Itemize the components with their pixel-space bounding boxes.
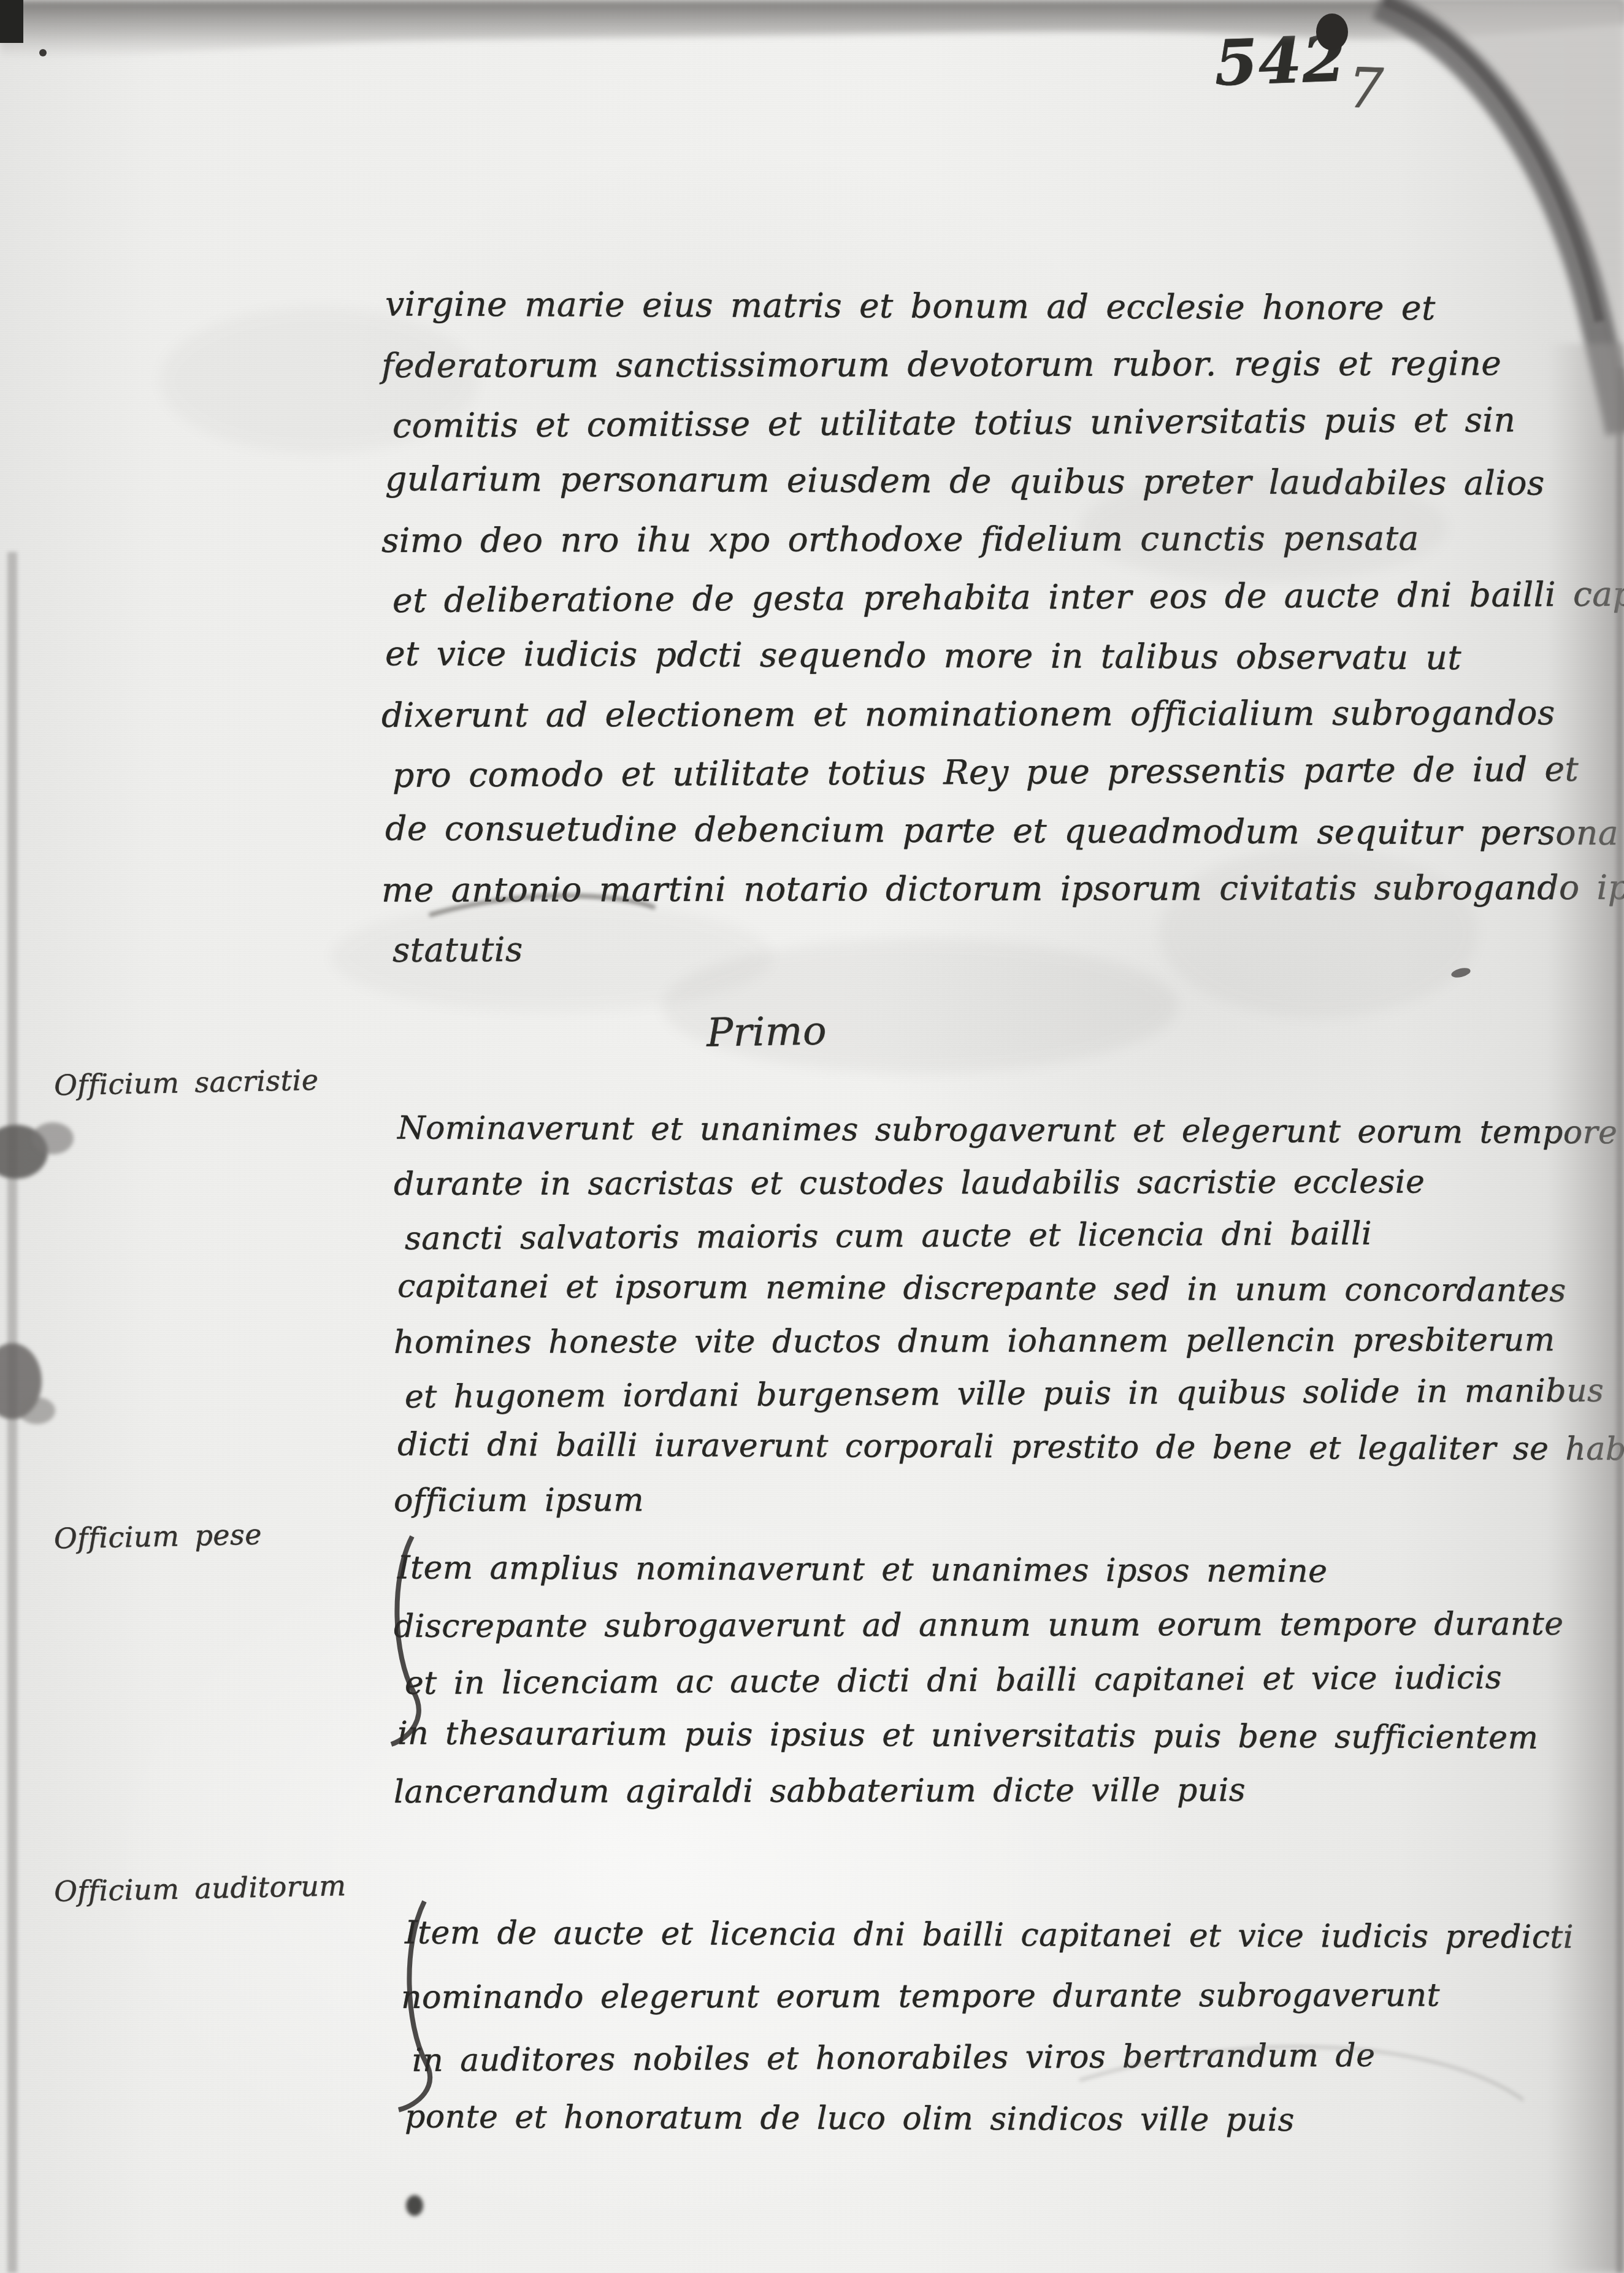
text-line: dixerunt ad electionem et nominationem o… [381, 684, 1538, 745]
text-line: homines honeste vite ductos dnum iohanne… [394, 1314, 1538, 1369]
text-line: virgine marie eius matris et bonum ad ec… [385, 275, 1538, 337]
text-line: ponte et honoratum de luco olim sindicos… [405, 2086, 1533, 2152]
text-line: Item de aucte et licencia dni bailli cap… [405, 1902, 1533, 1968]
text-line: durante in sacristas et custodes laudabi… [394, 1156, 1538, 1211]
text-block-preamble: virgine marie eius matris et bonum ad ec… [385, 277, 1538, 976]
text-line: et in licenciam ac aucte dicti dni baill… [405, 1650, 1538, 1711]
text-line: officium ipsum [394, 1472, 1538, 1527]
text-line: gularium personarum eiusdem de quibus pr… [385, 450, 1538, 512]
margin-note-auditors: Officium auditorum [53, 1869, 346, 1908]
quire-mark: 7 [1347, 56, 1384, 121]
manuscript-page-scan: 542 7 virgine marie eius matris et bonum… [0, 0, 1624, 2273]
folio-number: 542 [1213, 22, 1347, 100]
sewing-hole [0, 1125, 48, 1179]
text-line: et deliberatione de gesta prehabita inte… [393, 565, 1538, 630]
sewing-hole [0, 1343, 42, 1419]
text-line: et hugonem iordani burgensem ville puis … [405, 1365, 1538, 1424]
text-line: Nominaverunt et unanimes subrogaverunt e… [397, 1102, 1538, 1159]
text-line: pro comodo et utilitate totius Rey pue p… [393, 740, 1538, 805]
text-line: dicti dni bailli iuraverunt corporali pr… [397, 1418, 1538, 1475]
text-block-pese: Item amplius nominaverunt et unanimes ip… [397, 1543, 1538, 1819]
left-crease [7, 552, 17, 2273]
text-line: federatorum sanctissimorum devotorum rub… [381, 334, 1538, 395]
text-line: lancerandum agiraldi sabbaterium dicte v… [394, 1762, 1538, 1820]
text-line: de consuetudine debencium parte et quead… [385, 799, 1538, 862]
text-line: discrepante subrogaverunt ad annum unum … [394, 1596, 1538, 1654]
margin-note-pese: Officium pese [53, 1517, 262, 1555]
text-line: sancti salvatoris maioris cum aucte et l… [405, 1206, 1538, 1265]
text-line: in auditores nobiles et honorabiles viro… [412, 2024, 1533, 2091]
text-block-auditors: Item de aucte et licencia dni bailli cap… [405, 1904, 1533, 2150]
scan-corner-black [0, 0, 23, 43]
text-line: me antonio martini notario dictorum ipso… [381, 859, 1538, 919]
margin-note-sacristy: Officium sacristie [53, 1063, 318, 1102]
text-line: in thesaurarium puis ipsius et universit… [397, 1706, 1538, 1765]
text-block-sacristy: Nominaverunt et unanimes subrogaverunt e… [397, 1104, 1538, 1526]
ink-spot [406, 2195, 423, 2216]
text-line: simo deo nro ihu xpo orthodoxe fidelium … [381, 509, 1538, 570]
text-line: nominando elegerunt eorum tempore durant… [401, 1964, 1533, 2028]
text-line: comitis et comitisse et utilitate totius… [393, 391, 1538, 455]
text-line: et vice iudicis pdcti sequendo more in t… [385, 624, 1538, 687]
top-deckle-edge [0, 0, 1624, 60]
text-line: Item amplius nominaverunt et unanimes ip… [397, 1540, 1538, 1600]
text-line: statutis [393, 915, 1538, 979]
section-heading: Primo [706, 1008, 827, 1056]
text-line: capitanei et ipsorum nemine discrepante … [397, 1260, 1538, 1317]
